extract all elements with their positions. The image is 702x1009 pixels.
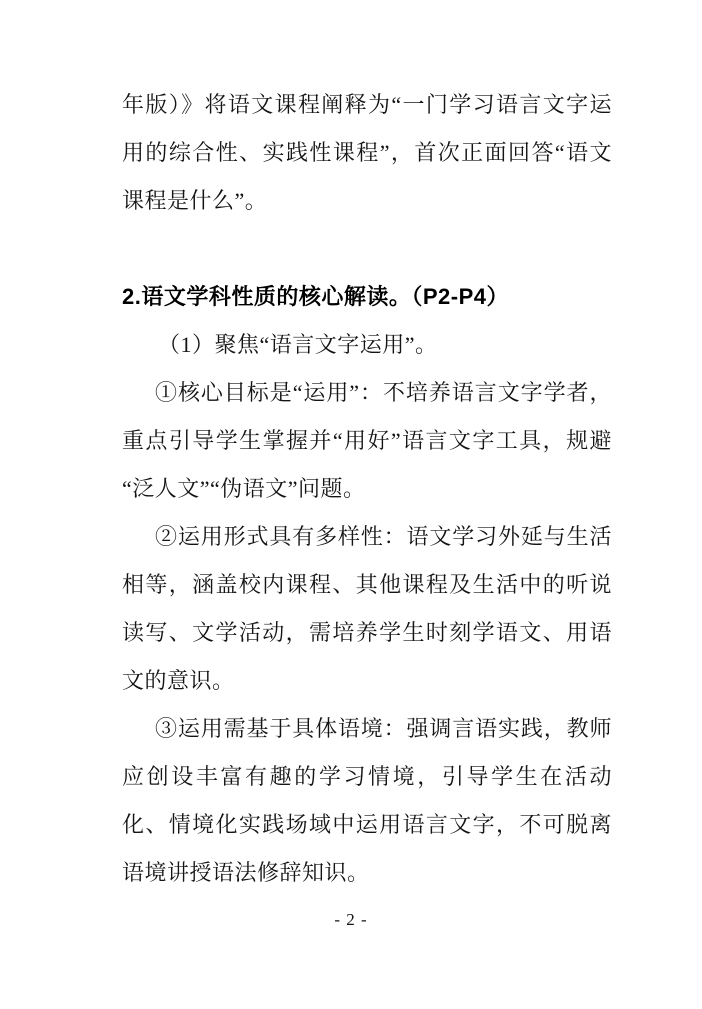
paragraph-item-1: ①核心目标是“运用”：不培养语言文字学者，重点引导学生掌握并“用好”语言文字工具… xyxy=(122,369,612,513)
document-body: 年版）》将语文课程阐释为“一门学习语言文字运用的综合性、实践性课程”，首次正面回… xyxy=(122,81,612,897)
paragraph-item-3: ③运用需基于具体语境：强调言语实践，教师应创设丰富有趣的学习情境，引导学生在活动… xyxy=(122,705,612,897)
paragraph-continuation: 年版）》将语文课程阐释为“一门学习语言文字运用的综合性、实践性课程”，首次正面回… xyxy=(122,81,612,225)
paragraph-item-2: ②运用形式具有多样性：语文学习外延与生活相等，涵盖校内课程、其他课程及生活中的听… xyxy=(122,513,612,705)
subsection-heading: （1）聚焦“语言文字运用”。 xyxy=(122,321,612,369)
page-number: - 2 - xyxy=(0,904,702,936)
section-heading: 2.语文学科性质的核心解读。（P2-P4） xyxy=(122,273,612,321)
document-page: 年版）》将语文课程阐释为“一门学习语言文字运用的综合性、实践性课程”，首次正面回… xyxy=(0,0,702,1009)
